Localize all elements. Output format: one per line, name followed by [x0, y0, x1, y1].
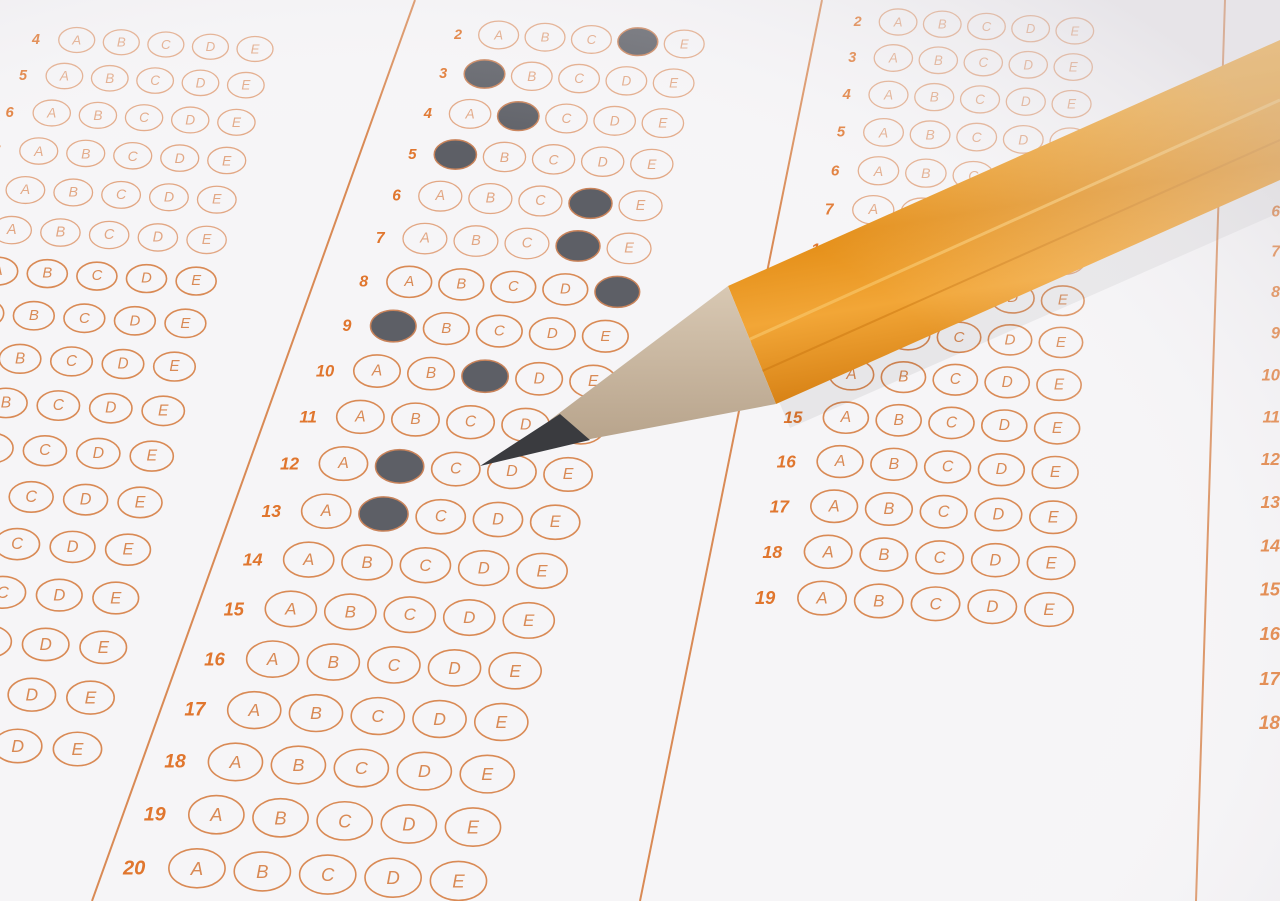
question-number: 13: [1261, 492, 1280, 512]
bubble-letter: D: [986, 597, 998, 616]
bubble-letter: D: [433, 709, 446, 729]
bubble-letter: E: [647, 156, 657, 172]
question-number: 19: [755, 588, 776, 608]
bubble-letter: E: [550, 513, 562, 531]
bubble-letter: C: [508, 279, 519, 295]
bubble-letter: C: [946, 414, 958, 431]
bubble-letter: B: [56, 225, 66, 241]
question-number: 5: [837, 124, 846, 140]
question-number: 5: [19, 68, 28, 84]
bubble-letter: C: [574, 71, 584, 86]
bubble-filled-a[interactable]: [434, 140, 476, 169]
bubble-letter: A: [247, 700, 260, 720]
bubble-letter: D: [418, 761, 431, 781]
bubble-letter: A: [46, 106, 56, 121]
bubble-letter: E: [1046, 554, 1058, 573]
bubble-letter: A: [354, 408, 365, 425]
bubble-letter: E: [241, 78, 251, 93]
bubble-letter: C: [338, 810, 352, 831]
bubble-letter: E: [123, 541, 135, 559]
bubble-letter: D: [1023, 57, 1033, 72]
bubble-letter: E: [98, 638, 110, 657]
question-number: 9: [342, 317, 351, 335]
bubble-letter: E: [110, 589, 122, 608]
bubble-letter: B: [93, 108, 102, 123]
bubble-letter: D: [448, 658, 460, 678]
bubble-letter: C: [116, 187, 127, 203]
bubble-letter: C: [53, 397, 65, 414]
bubble-letter: B: [15, 350, 25, 367]
bubble-letter: E: [191, 273, 201, 289]
bubble-letter: E: [523, 611, 535, 630]
question-number: 18: [1259, 713, 1280, 734]
bubble-letter: A: [873, 163, 883, 179]
bubble-letter: D: [996, 461, 1008, 478]
question-row[interactable]: 7: [1271, 244, 1280, 261]
bubble-letter: D: [386, 867, 399, 888]
bubble-letter: B: [934, 53, 943, 68]
bubble-letter: D: [129, 312, 140, 329]
bubble-letter: D: [105, 400, 116, 417]
question-number: 4: [842, 87, 851, 103]
question-row[interactable]: 8: [1271, 284, 1280, 301]
bubble-letter: E: [135, 493, 146, 511]
bubble-letter: D: [560, 281, 571, 297]
bubble-letter: B: [456, 276, 466, 292]
bubble-letter: B: [426, 365, 436, 382]
bubble-letter: D: [185, 112, 195, 127]
bubble-letter: A: [867, 202, 878, 218]
bubble-letter: A: [284, 599, 296, 618]
bubble-letter: C: [549, 151, 560, 167]
question-number: 10: [316, 362, 335, 381]
question-number: 20: [122, 857, 145, 879]
bubble-letter: D: [67, 538, 79, 556]
bubble-letter: C: [11, 535, 23, 553]
bubble-letter: D: [1002, 374, 1013, 391]
bubble-letter: A: [893, 15, 903, 30]
bubble-letter: C: [975, 92, 985, 107]
bubble-letter: A: [888, 51, 898, 66]
bubble-letter: B: [921, 165, 930, 181]
question-number: 16: [777, 452, 797, 472]
question-number: 6: [831, 162, 840, 179]
bubble-letter: D: [463, 608, 475, 627]
bubble-letter: C: [388, 655, 401, 675]
bubble-letter: B: [117, 35, 126, 50]
bubble-letter: A: [883, 87, 893, 102]
bubble-letter: D: [141, 271, 152, 287]
question-number: 18: [164, 751, 186, 772]
bubble-letter: A: [59, 69, 69, 84]
bubble-letter: D: [153, 229, 163, 245]
question-number: 14: [243, 550, 263, 570]
bubble-letter: D: [520, 416, 531, 433]
bubble-filled-b[interactable]: [498, 102, 539, 131]
bubble-letter: B: [441, 320, 451, 337]
question-number: 6: [392, 188, 401, 205]
question-number: 7: [825, 201, 835, 218]
question-row[interactable]: 10: [1262, 365, 1280, 384]
bubble-letter: E: [1048, 508, 1060, 526]
bubble-letter: B: [310, 703, 322, 723]
bubble-letter: D: [1005, 331, 1016, 348]
bubble-letter: D: [40, 635, 52, 654]
bubble-filled-e[interactable]: [595, 276, 640, 307]
bubble-letter: C: [419, 556, 432, 575]
question-number: 16: [204, 649, 225, 670]
bubble-letter: E: [495, 712, 507, 732]
question-number: 11: [1262, 407, 1280, 426]
bubble-letter: B: [105, 71, 114, 86]
question-number: 12: [280, 454, 300, 474]
bubble-letter: A: [834, 453, 846, 470]
question-number: 4: [31, 32, 40, 48]
bubble-letter: B: [29, 307, 39, 324]
bubble-letter: C: [161, 37, 171, 52]
bubble-letter: C: [450, 461, 462, 478]
bubble-filled-a[interactable]: [464, 60, 505, 88]
bubble-letter: E: [222, 152, 232, 168]
bubble-letter: B: [500, 149, 509, 165]
bubble-letter: E: [1067, 97, 1077, 112]
question-number: 9: [1271, 324, 1280, 342]
bubble-letter: A: [419, 231, 430, 247]
bubble-letter: E: [509, 661, 521, 681]
bubble-letter: C: [404, 605, 417, 624]
bubble-letter: D: [989, 551, 1001, 570]
question-number: 19: [144, 804, 166, 826]
bubble-letter: D: [1026, 21, 1036, 36]
bubble-filled-a[interactable]: [370, 310, 416, 342]
bubble-letter: D: [175, 150, 185, 166]
bubble-letter: E: [251, 41, 260, 56]
bubble-letter: E: [180, 315, 191, 332]
bubble-letter: E: [1070, 23, 1079, 38]
bubble-letter: E: [600, 328, 611, 345]
bubble-letter: E: [1043, 600, 1055, 619]
bubble-letter: C: [92, 268, 103, 284]
bubble-letter: A: [815, 589, 827, 608]
bubble-letter: B: [486, 191, 496, 207]
question-number: 6: [5, 105, 14, 121]
question-row[interactable]: 9: [1271, 324, 1280, 342]
bubble-letter: D: [402, 813, 415, 834]
bubble-letter: C: [371, 706, 384, 726]
question-number: 17: [1259, 668, 1280, 689]
bubble-letter: A: [302, 550, 314, 569]
bubble-letter: C: [435, 508, 447, 526]
bubble-letter: B: [873, 591, 884, 610]
bubble-filled-d[interactable]: [618, 28, 658, 56]
bubble-letter: B: [328, 652, 340, 672]
bubble-letter: E: [636, 198, 646, 214]
bubble-letter: B: [1, 394, 11, 411]
bubble-letter: E: [481, 764, 494, 784]
bubble-letter: D: [506, 463, 518, 480]
bubble-letter: C: [150, 73, 160, 88]
bubble-letter: B: [345, 602, 356, 621]
bubble-letter: C: [929, 594, 942, 613]
bubble-letter: B: [292, 755, 304, 775]
bubble-letter: C: [535, 193, 546, 209]
bubble-letter: A: [6, 222, 17, 238]
bubble-letter: A: [320, 502, 332, 520]
question-number: 15: [224, 598, 245, 619]
answer-sheet-photo: 4ABCDE5ABCDE6ABCDE7ABCDE8ABCDE9ABCDE10AB…: [0, 0, 1280, 901]
question-number: 16: [1260, 623, 1280, 644]
bubble-letter: B: [938, 17, 947, 32]
bubble-letter: A: [33, 143, 43, 159]
bubble-letter: A: [822, 542, 834, 561]
bubble-letter: C: [562, 111, 572, 126]
bubble-letter: D: [492, 510, 504, 528]
bubble-letter: D: [80, 491, 92, 509]
bubble-letter: B: [42, 266, 52, 282]
bubble-letter: A: [209, 804, 222, 825]
bubble-letter: B: [362, 553, 373, 572]
question-row[interactable]: 13: [1261, 492, 1280, 512]
bubble-letter: D: [478, 559, 490, 578]
question-row[interactable]: 16: [1260, 623, 1280, 644]
bubble-letter: A: [71, 33, 81, 48]
bubble-letter: C: [0, 583, 10, 602]
bubble-letter: E: [467, 817, 480, 838]
bubble-letter: C: [972, 129, 983, 145]
bubble-letter: C: [139, 110, 149, 125]
bubble-letter: E: [537, 561, 549, 580]
bubble-letter: E: [624, 240, 634, 256]
question-number: 12: [1261, 449, 1280, 469]
bubble-letter: C: [978, 55, 988, 70]
bubble-letter: C: [587, 32, 597, 47]
bubble-letter: D: [598, 154, 608, 170]
bubble-letter: E: [452, 870, 465, 891]
bubble-letter: A: [20, 182, 30, 198]
question-number: 7: [1271, 244, 1280, 261]
bubble-letter: B: [878, 545, 889, 564]
bubble-letter: D: [547, 325, 558, 342]
bubble-letter: B: [274, 807, 286, 828]
bubble-letter: D: [610, 113, 620, 128]
bubble-letter: D: [1018, 131, 1028, 147]
bubble-letter: E: [1054, 376, 1065, 393]
bubble-letter: E: [72, 739, 85, 759]
bubble-letter: A: [228, 752, 241, 772]
bubble-letter: C: [321, 864, 335, 885]
bubble-letter: A: [337, 455, 349, 472]
question-row[interactable]: 18: [1259, 713, 1280, 734]
bubble-letter: E: [669, 76, 679, 91]
bubble-letter: C: [982, 19, 992, 34]
bubble-letter: D: [164, 189, 174, 205]
question-row[interactable]: 12: [1261, 449, 1280, 469]
bubble-letter: B: [893, 412, 903, 429]
question-number: 2: [453, 27, 462, 43]
bubble-letter: A: [0, 263, 3, 279]
bubble-letter: B: [256, 861, 268, 882]
bubble-letter: D: [993, 506, 1005, 524]
question-row[interactable]: 15: [1260, 579, 1280, 599]
bubble-letter: A: [465, 106, 475, 121]
bubble-letter: E: [202, 232, 212, 248]
bubble-letter: E: [158, 402, 169, 419]
question-number: 7: [376, 230, 386, 247]
bubble-letter: E: [169, 358, 180, 375]
question-row[interactable]: 17: [1259, 668, 1280, 689]
bubble-letter: D: [11, 736, 24, 756]
bubble-letter: A: [435, 188, 446, 204]
question-number: 18: [762, 542, 782, 562]
bubble-letter: A: [840, 409, 851, 426]
bubble-letter: D: [196, 75, 206, 90]
question-number: 15: [1260, 579, 1280, 599]
bubble-letter: C: [128, 148, 139, 164]
bubble-letter: B: [471, 233, 481, 249]
bubble-letter: B: [81, 145, 90, 161]
bubble-filled-b[interactable]: [375, 450, 423, 483]
bubble-letter: E: [680, 36, 689, 51]
bubble-letter: A: [403, 274, 414, 290]
bubble-letter: B: [930, 90, 939, 105]
question-number: 5: [408, 146, 417, 163]
bubble-letter: A: [190, 858, 203, 879]
bubble-letter: B: [925, 127, 934, 143]
bubble-letter: B: [69, 184, 78, 200]
bubble-letter: E: [146, 448, 157, 465]
bubble-letter: A: [828, 497, 840, 515]
bubble-filled-c[interactable]: [462, 360, 508, 392]
question-number: 4: [423, 106, 432, 122]
bubble-letter: C: [942, 458, 954, 475]
question-number: 14: [1260, 535, 1280, 555]
bubble-letter: C: [938, 503, 950, 521]
bubble-letter: D: [534, 370, 545, 387]
question-number: 8: [1271, 284, 1280, 301]
question-row[interactable]: 11: [1262, 407, 1280, 426]
bubble-letter: C: [79, 310, 90, 327]
bubble-letter: B: [541, 30, 550, 45]
bubble-filled-b[interactable]: [359, 497, 408, 531]
bubble-letter: D: [206, 39, 216, 54]
bubble-letter: E: [1052, 420, 1063, 437]
bubble-letter: E: [1056, 334, 1067, 351]
question-number: 8: [359, 273, 368, 290]
bubble-letter: B: [889, 456, 900, 473]
bubble-letter: C: [494, 323, 505, 340]
bubble-letter: D: [1021, 94, 1031, 109]
bubble-letter: D: [93, 445, 104, 462]
bubble-letter: C: [934, 548, 947, 567]
bubble-filled-d[interactable]: [556, 231, 600, 261]
bubble-letter: C: [522, 236, 533, 252]
bubble-letter: C: [465, 414, 477, 431]
bubble-letter: A: [878, 124, 888, 140]
bubble-letter: A: [371, 363, 382, 380]
question-number: 3: [848, 50, 856, 66]
bubble-filled-d[interactable]: [569, 188, 612, 218]
question-number: 11: [299, 407, 317, 426]
question-number: 17: [770, 496, 791, 516]
bubble-letter: D: [621, 73, 631, 88]
question-row[interactable]: 14: [1260, 535, 1280, 555]
bubble-letter: B: [527, 69, 536, 84]
bubble-letter: B: [410, 411, 420, 428]
bubble-letter: C: [950, 371, 962, 388]
bubble-letter: D: [117, 355, 128, 372]
bubble-letter: C: [104, 227, 115, 243]
bubble-letter: D: [999, 417, 1010, 434]
bubble-letter: C: [66, 353, 78, 370]
bubble-letter: C: [25, 488, 37, 506]
bubble-letter: E: [563, 466, 574, 483]
question-number: 17: [184, 700, 207, 721]
bubble-letter: D: [26, 685, 39, 705]
bubble-letter: A: [266, 649, 279, 669]
question-number: 13: [261, 501, 281, 521]
bubble-letter: E: [1069, 60, 1079, 75]
bubble-letter: E: [1050, 464, 1061, 481]
bubble-letter: B: [883, 500, 894, 518]
bubble-letter: E: [85, 688, 97, 708]
question-number: 2: [853, 14, 862, 30]
question-number: 3: [439, 66, 447, 82]
bubble-letter: E: [212, 192, 222, 208]
bubble-letter: C: [355, 758, 369, 778]
bubble-letter: A: [493, 28, 503, 43]
bubble-letter: E: [232, 115, 242, 130]
question-number: 10: [1262, 365, 1280, 384]
bubble-letter: D: [53, 586, 65, 605]
bubble-letter: E: [658, 116, 668, 131]
bubble-letter: C: [39, 442, 51, 459]
